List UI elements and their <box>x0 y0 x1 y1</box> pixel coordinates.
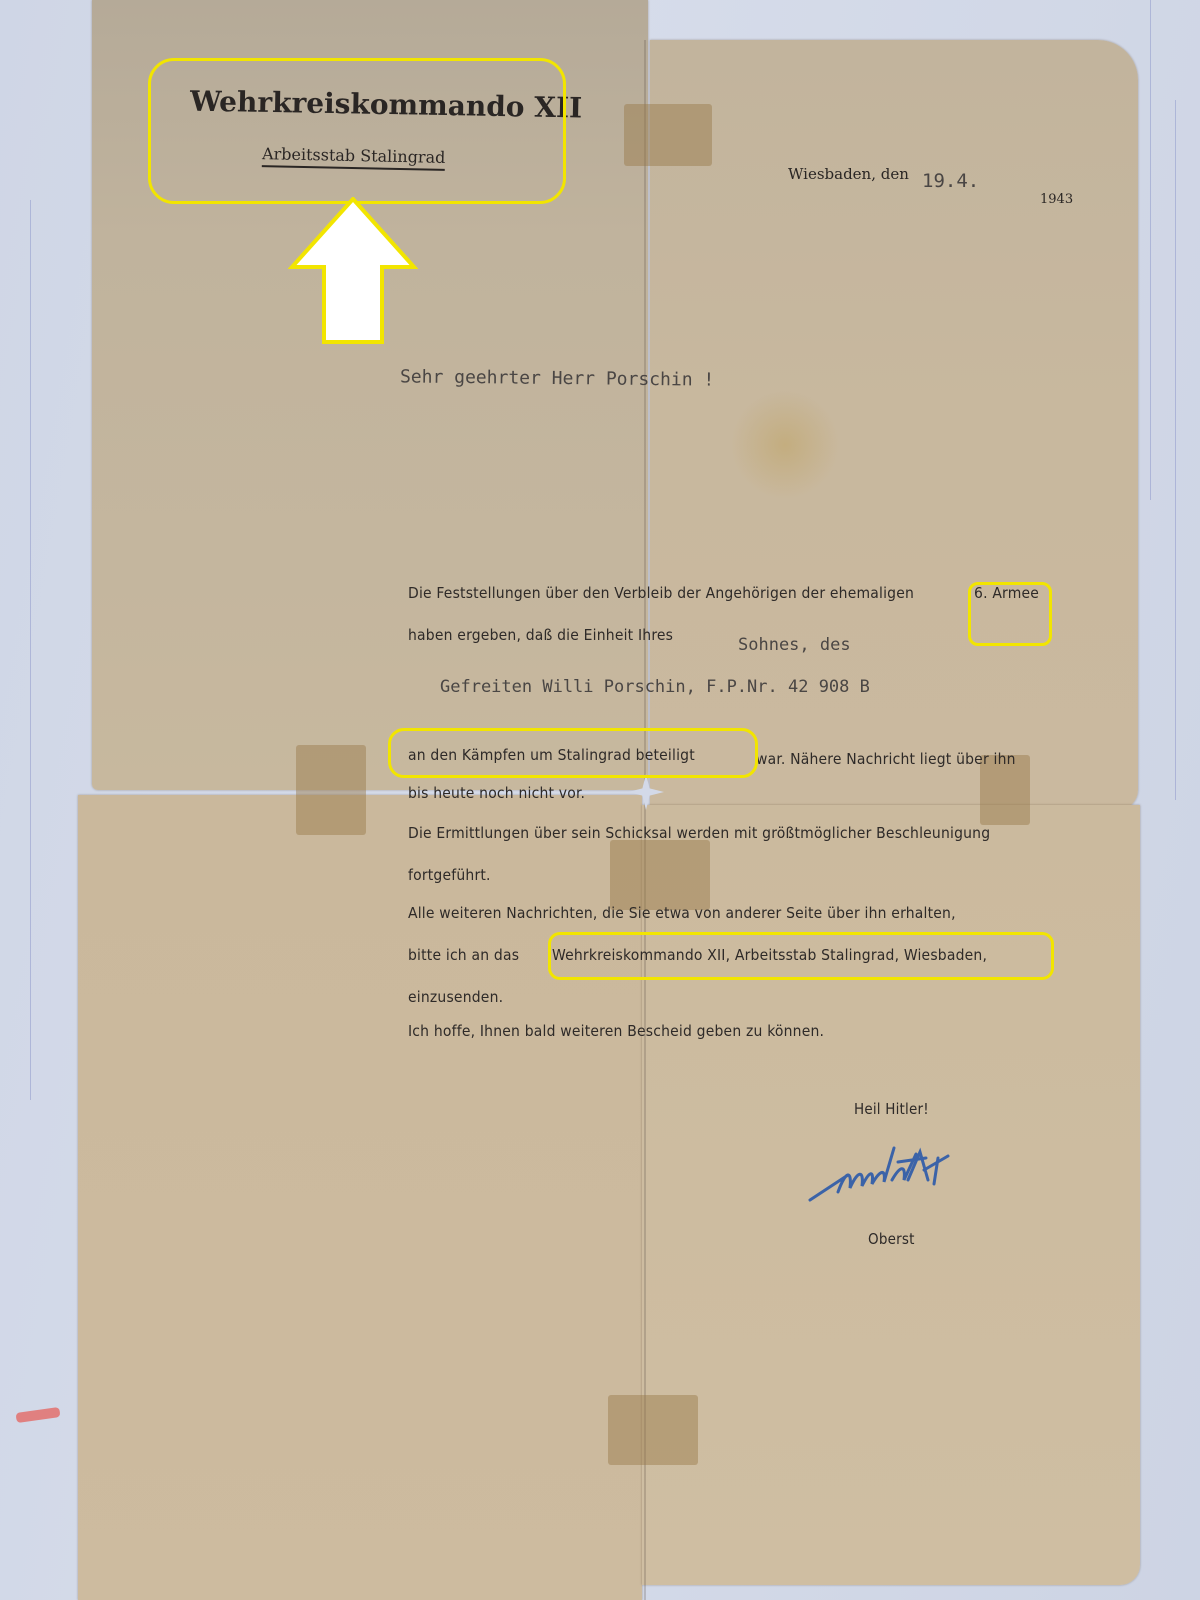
place-label: Wiesbaden, den <box>788 165 909 183</box>
tape-patch <box>608 1395 698 1465</box>
body-line-9: bitte ich an das <box>408 946 519 964</box>
body-line-6: Die Ermittlungen über sein Schicksal wer… <box>408 824 990 842</box>
tape-patch <box>296 745 366 835</box>
body-line-5: bis heute noch nicht vor. <box>408 784 585 802</box>
signature <box>808 1140 988 1210</box>
highlight-letterhead <box>148 58 566 204</box>
stain <box>730 390 840 500</box>
salutation: Sehr geehrter Herr Porschin ! <box>400 366 714 390</box>
body-line-11: Ich hoffe, Ihnen bald weiteren Bescheid … <box>408 1022 824 1040</box>
highlight-armee <box>968 582 1052 646</box>
date-value: 19.4. <box>922 170 979 192</box>
highlight-address <box>548 932 1054 980</box>
closing-greeting: Heil Hitler! <box>854 1100 929 1118</box>
red-mark <box>16 1407 61 1423</box>
background-streak <box>1150 0 1151 500</box>
body-line-2-typed: Sohnes, des <box>738 635 851 655</box>
signatory-rank: Oberst <box>868 1230 915 1248</box>
vertical-fold <box>644 40 646 1600</box>
body-line-2: haben ergeben, daß die Einheit Ihres <box>408 626 673 644</box>
year-value: 1943 <box>1040 192 1073 207</box>
tape-patch <box>610 840 710 910</box>
arrow-up-icon <box>288 197 418 345</box>
body-line-10: einzusenden. <box>408 988 503 1006</box>
body-line-7: fortgeführt. <box>408 866 491 884</box>
body-line-1: Die Feststellungen über den Verbleib der… <box>408 584 914 602</box>
highlight-stalingrad <box>388 728 758 778</box>
body-line-4: war. Nähere Nachricht liegt über ihn <box>756 750 1016 768</box>
body-line-8: Alle weiteren Nachrichten, die Sie etwa … <box>408 904 956 922</box>
background-streak <box>30 200 31 1100</box>
tape-patch <box>624 104 712 166</box>
background-streak <box>1175 100 1176 800</box>
body-line-3-typed: Gefreiten Willi Porschin, F.P.Nr. 42 908… <box>440 677 870 697</box>
